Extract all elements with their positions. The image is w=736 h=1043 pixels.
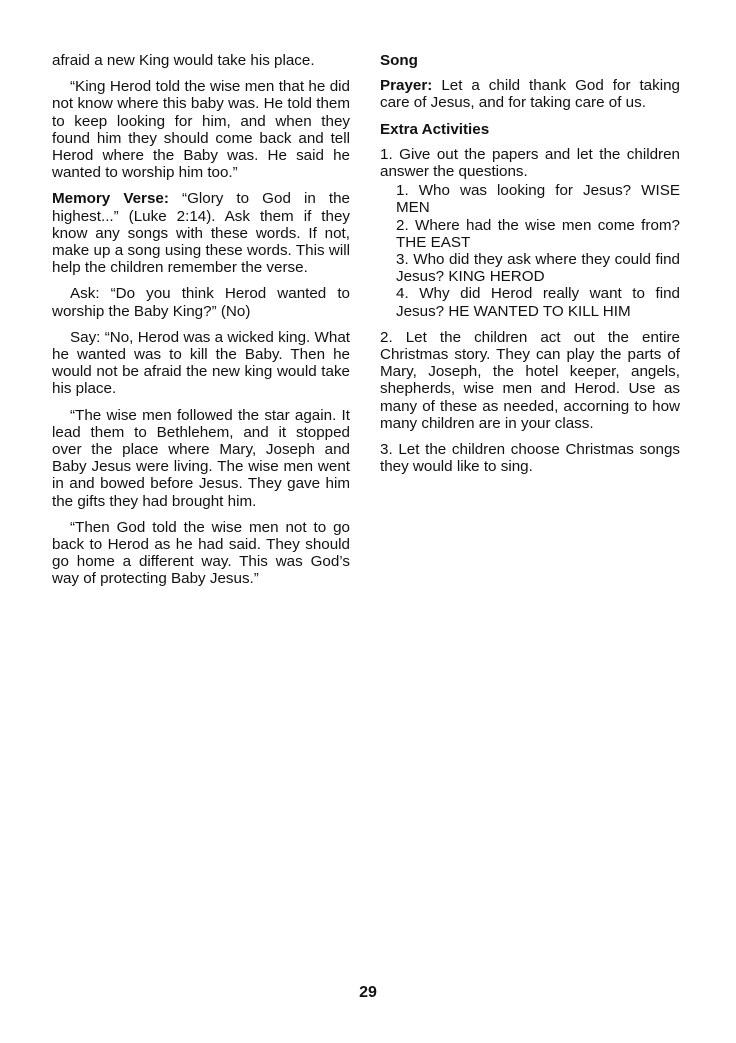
question-item: 1. Who was looking for Jesus? WISE MEN: [396, 182, 680, 216]
page-number: 29: [0, 984, 736, 1002]
memory-verse-label: Memory Verse:: [52, 190, 169, 207]
paragraph-wise-men-followed-star: “The wise men followed the star again. I…: [52, 407, 350, 510]
activity-2: 2. Let the children act out the entire C…: [380, 329, 680, 432]
prayer-paragraph: Prayer: Let a child thank God for taking…: [380, 77, 680, 111]
paragraph-god-told-wise-men: “Then God told the wise men not to go ba…: [52, 519, 350, 588]
paragraph-herod-told-wise-men: “King Herod told the wise men that he di…: [52, 78, 350, 181]
paragraph-say: Say: “No, Herod was a wicked king. What …: [52, 329, 350, 398]
memory-verse-paragraph: Memory Verse: “Glory to God in the highe…: [52, 190, 350, 276]
extra-activities-heading: Extra Activities: [380, 121, 680, 138]
question-item: 4. Why did Herod really want to find Jes…: [396, 285, 680, 319]
question-item: 2. Where had the wise men come from? THE…: [396, 217, 680, 251]
document-page: afraid a new King would take his place. …: [0, 0, 736, 1043]
prayer-label: Prayer:: [380, 77, 432, 94]
right-column: Song Prayer: Let a child thank God for t…: [380, 52, 680, 484]
question-item: 3. Who did they ask where they could fin…: [396, 251, 680, 285]
activity-3: 3. Let the children choose Christmas son…: [380, 441, 680, 475]
paragraph-ask: Ask: “Do you think Herod wanted to worsh…: [52, 285, 350, 319]
left-column: afraid a new King would take his place. …: [52, 52, 350, 597]
song-heading: Song: [380, 52, 680, 69]
paragraph-herod-afraid: afraid a new King would take his place.: [52, 52, 350, 69]
question-list: 1. Who was looking for Jesus? WISE MEN 2…: [380, 182, 680, 320]
activity-1: 1. Give out the papers and let the child…: [380, 146, 680, 180]
